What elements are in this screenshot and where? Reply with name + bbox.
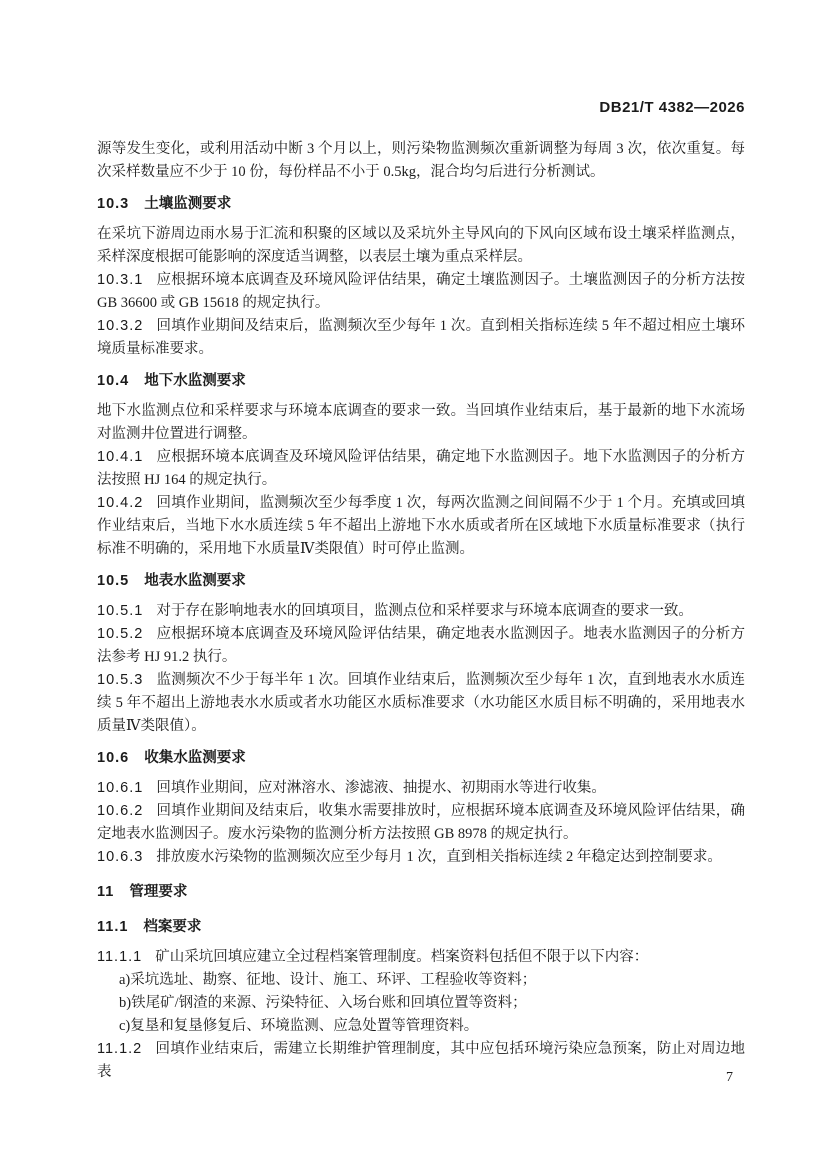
clause-number: 10.6.3 bbox=[97, 849, 143, 865]
section-title: 地下水监测要求 bbox=[144, 373, 246, 389]
paragraph-soil-intro: 在采坑下游周边雨水易于汇流和积聚的区域以及采坑外主导风向的下风向区域布设土壤采样… bbox=[97, 223, 745, 269]
document-code-header: DB21/T 4382—2026 bbox=[97, 98, 745, 118]
section-heading-10-4: 10.4地下水监测要求 bbox=[97, 370, 745, 393]
clause-number: 10.5.3 bbox=[97, 672, 143, 688]
clause-text: 应根据环境本底调查及环境风险评估结果，确定土壤监测因子。土壤监测因子的分析方法按… bbox=[97, 272, 745, 311]
clause-number: 10.3.2 bbox=[97, 318, 143, 334]
clause-11-1-1: 11.1.1矿山采坑回填应建立全过程档案管理制度。档案资料包括但不限于以下内容： bbox=[97, 946, 745, 969]
list-item-c: c)复垦和复垦修复后、环境监测、应急处置等管理资料。 bbox=[97, 1015, 745, 1038]
section-number: 10.4 bbox=[97, 373, 129, 389]
clause-text: 回填作业期间，监测频次至少每季度 1 次，每两次监测之间间隔不少于 1 个月。充… bbox=[97, 495, 745, 557]
clause-10-6-1: 10.6.1回填作业期间，应对淋溶水、渗滤液、抽提水、初期雨水等进行收集。 bbox=[97, 777, 745, 800]
clause-number: 11.1.1 bbox=[97, 949, 142, 965]
clause-text: 回填作业期间及结束后，收集水需要排放时，应根据环境本底调查及环境风险评估结果，确… bbox=[97, 803, 745, 842]
clause-10-6-2: 10.6.2回填作业期间及结束后，收集水需要排放时，应根据环境本底调查及环境风险… bbox=[97, 800, 745, 846]
clause-text: 应根据环境本底调查及环境风险评估结果，确定地下水监测因子。地下水监测因子的分析方… bbox=[97, 449, 745, 488]
section-heading-10-6: 10.6收集水监测要求 bbox=[97, 747, 745, 770]
clause-number: 10.3.1 bbox=[97, 272, 143, 288]
section-title: 地表水监测要求 bbox=[144, 573, 246, 589]
clause-number: 10.6.2 bbox=[97, 803, 143, 819]
clause-number: 10.4.1 bbox=[97, 449, 143, 465]
clause-number: 10.5.1 bbox=[97, 603, 143, 619]
section-title: 土壤监测要求 bbox=[144, 196, 231, 212]
clause-number: 10.5.2 bbox=[97, 626, 143, 642]
section-number: 10.5 bbox=[97, 573, 129, 589]
clause-10-6-3: 10.6.3排放废水污染物的监测频次应至少每月 1 次，直到相关指标连续 2 年… bbox=[97, 846, 745, 869]
section-number: 11.1 bbox=[97, 919, 128, 935]
clause-text: 回填作业期间及结束后，监测频次至少每年 1 次。直到相关指标连续 5 年不超过相… bbox=[97, 318, 745, 357]
clause-10-5-2: 10.5.2应根据环境本底调查及环境风险评估结果，确定地表水监测因子。地表水监测… bbox=[97, 623, 745, 669]
clause-10-5-3: 10.5.3监测频次不少于每半年 1 次。回填作业结束后，监测频次至少每年 1 … bbox=[97, 669, 745, 738]
clause-text: 回填作业期间，应对淋溶水、渗滤液、抽提水、初期雨水等进行收集。 bbox=[156, 780, 606, 796]
chapter-number: 11 bbox=[97, 884, 114, 900]
continued-paragraph: 源等发生变化，或利用活动中断 3 个月以上，则污染物监测频次重新调整为每周 3 … bbox=[97, 138, 745, 184]
section-title: 收集水监测要求 bbox=[144, 750, 246, 766]
clause-10-5-1: 10.5.1对于存在影响地表水的回填项目，监测点位和采样要求与环境本底调查的要求… bbox=[97, 600, 745, 623]
list-item-a: a)采坑选址、勘察、征地、设计、施工、环评、工程验收等资料； bbox=[97, 969, 745, 992]
clause-number: 11.1.2 bbox=[97, 1041, 142, 1057]
clause-number: 10.4.2 bbox=[97, 495, 143, 511]
section-heading-11-1: 11.1档案要求 bbox=[97, 916, 745, 939]
clause-text: 对于存在影响地表水的回填项目，监测点位和采样要求与环境本底调查的要求一致。 bbox=[156, 603, 693, 619]
document-page: DB21/T 4382—2026 源等发生变化，或利用活动中断 3 个月以上，则… bbox=[0, 0, 827, 1170]
clause-text: 回填作业结束后，需建立长期维护管理制度，其中应包括环境污染应急预案，防止对周边地… bbox=[97, 1041, 745, 1080]
clause-10-3-1: 10.3.1应根据环境本底调查及环境风险评估结果，确定土壤监测因子。土壤监测因子… bbox=[97, 269, 745, 315]
section-number: 10.3 bbox=[97, 196, 129, 212]
page-number: 7 bbox=[726, 1068, 733, 1088]
chapter-title: 管理要求 bbox=[129, 884, 187, 900]
page-content: DB21/T 4382—2026 源等发生变化，或利用活动中断 3 个月以上，则… bbox=[97, 98, 745, 1084]
clause-10-4-1: 10.4.1应根据环境本底调查及环境风险评估结果，确定地下水监测因子。地下水监测… bbox=[97, 446, 745, 492]
clause-text: 应根据环境本底调查及环境风险评估结果，确定地表水监测因子。地表水监测因子的分析方… bbox=[97, 626, 745, 665]
clause-text: 监测频次不少于每半年 1 次。回填作业结束后，监测频次至少每年 1 次，直到地表… bbox=[97, 672, 745, 734]
section-title: 档案要求 bbox=[143, 919, 201, 935]
section-heading-10-3: 10.3土壤监测要求 bbox=[97, 193, 745, 216]
chapter-heading-11: 11管理要求 bbox=[97, 881, 745, 904]
clause-text: 排放废水污染物的监测频次应至少每月 1 次，直到相关指标连续 2 年稳定达到控制… bbox=[156, 849, 722, 865]
clause-10-3-2: 10.3.2回填作业期间及结束后，监测频次至少每年 1 次。直到相关指标连续 5… bbox=[97, 315, 745, 361]
paragraph-groundwater-intro: 地下水监测点位和采样要求与环境本底调查的要求一致。当回填作业结束后，基于最新的地… bbox=[97, 400, 745, 446]
section-number: 10.6 bbox=[97, 750, 129, 766]
clause-10-4-2: 10.4.2回填作业期间，监测频次至少每季度 1 次，每两次监测之间间隔不少于 … bbox=[97, 492, 745, 561]
clause-number: 10.6.1 bbox=[97, 780, 143, 796]
section-heading-10-5: 10.5地表水监测要求 bbox=[97, 570, 745, 593]
clause-text: 矿山采坑回填应建立全过程档案管理制度。档案资料包括但不限于以下内容： bbox=[155, 949, 648, 965]
list-item-b: b)铁尾矿/钢渣的来源、污染特征、入场台账和回填位置等资料； bbox=[97, 992, 745, 1015]
clause-11-1-2: 11.1.2回填作业结束后，需建立长期维护管理制度，其中应包括环境污染应急预案，… bbox=[97, 1038, 745, 1084]
